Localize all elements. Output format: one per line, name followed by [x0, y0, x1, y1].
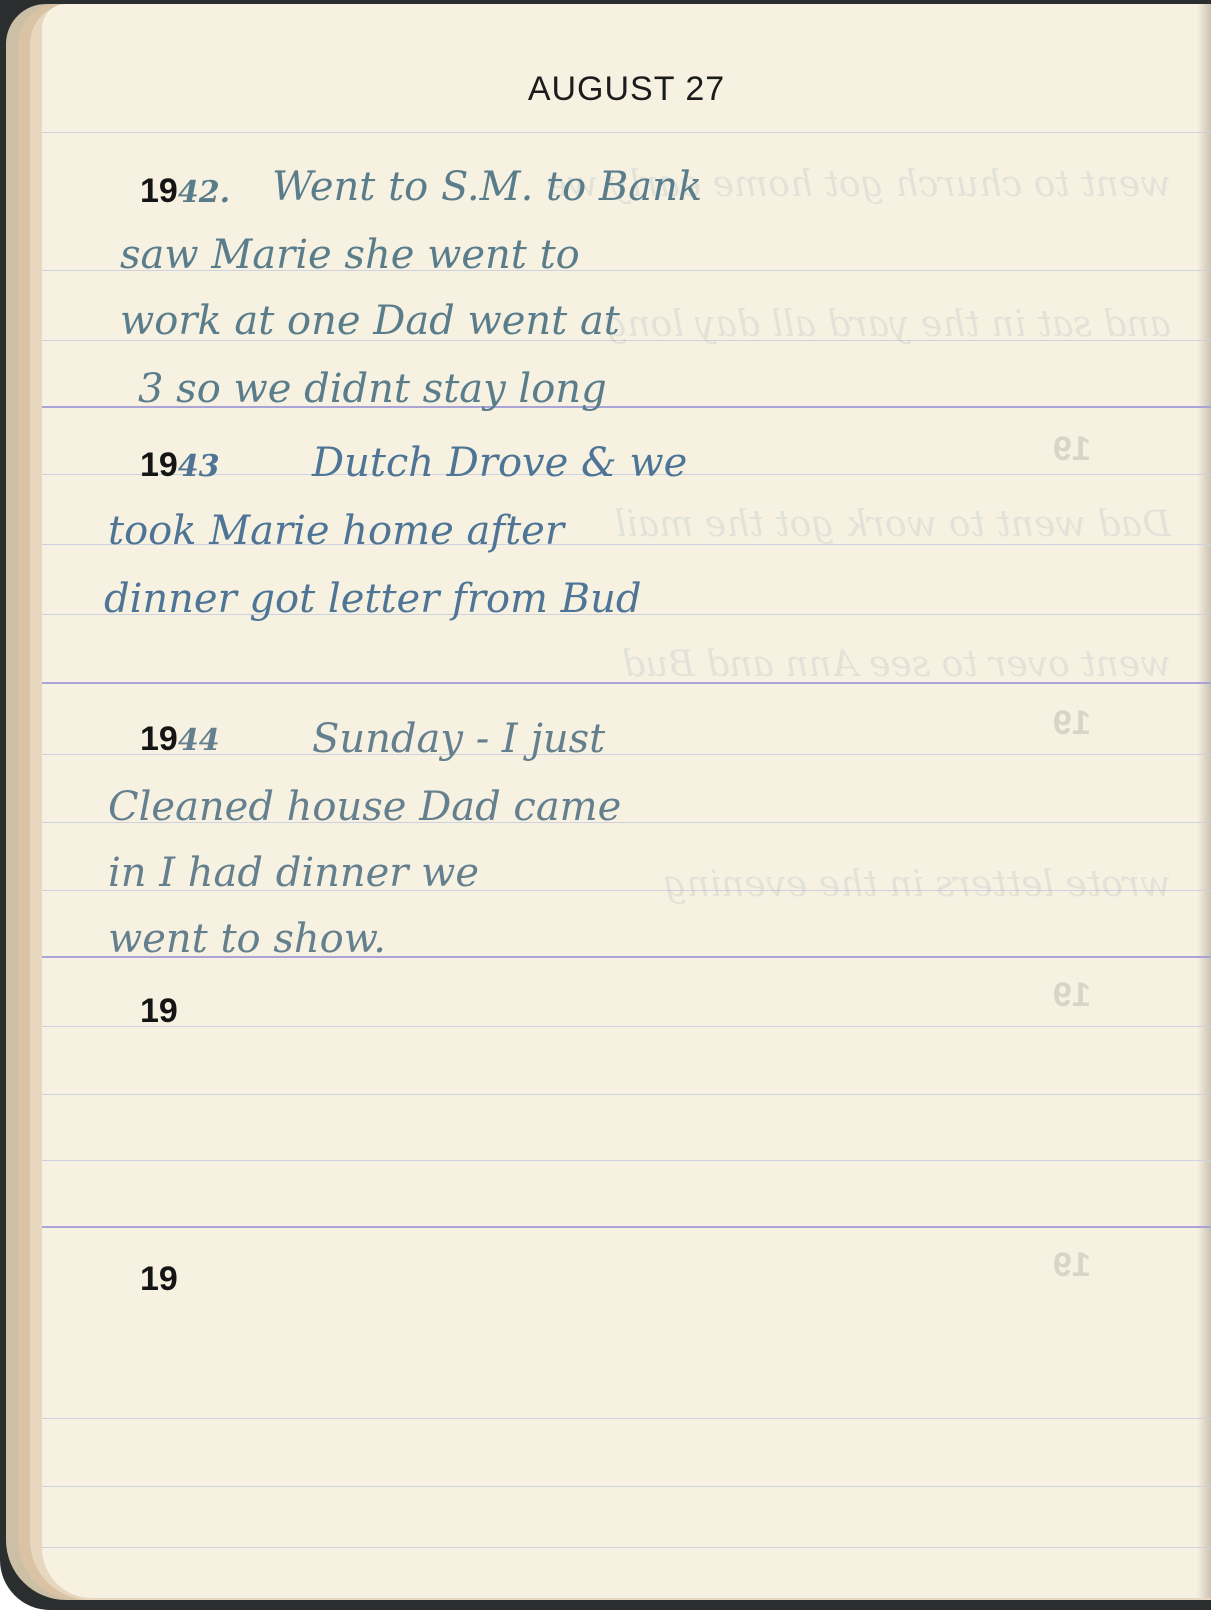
- show-through-year: 19: [1053, 1246, 1091, 1285]
- ruled-line: [42, 1486, 1211, 1487]
- spine-shadow: [1197, 4, 1211, 1598]
- year-suffix-handwritten: 42.: [178, 175, 230, 210]
- show-through-text: went over to see Ann and Bud: [112, 644, 1171, 685]
- entry-line: went to show.: [108, 916, 386, 962]
- diary-book: AUGUST 27 went to church got home early …: [0, 0, 1211, 1610]
- entry-line: Cleaned house Dad came: [108, 784, 621, 830]
- date-heading: AUGUST 27: [42, 70, 1211, 109]
- entry-line: took Marie home after: [108, 508, 564, 554]
- year-label: 19: [140, 992, 178, 1031]
- entry-line: Sunday - I just: [312, 716, 605, 762]
- ruled-line: [42, 1094, 1211, 1095]
- entry-line: Dutch Drove & we: [312, 440, 687, 486]
- ruled-line: [42, 1418, 1211, 1419]
- year-prefix: 19: [140, 720, 178, 758]
- entry-line: work at one Dad went at: [120, 298, 620, 344]
- entry-line: in I had dinner we: [108, 850, 479, 896]
- year-suffix-handwritten: 43: [178, 449, 220, 484]
- entry-line: Went to S.M. to Bank: [272, 164, 702, 210]
- ruled-line: [42, 132, 1211, 133]
- ruled-line: [42, 1026, 1211, 1027]
- diary-page: AUGUST 27 went to church got home early …: [42, 4, 1211, 1598]
- show-through-year: 19: [1053, 704, 1091, 743]
- show-through-year: 19: [1053, 976, 1091, 1015]
- ruled-line: [42, 1547, 1211, 1548]
- year-prefix: 19: [140, 446, 178, 484]
- show-through-year: 19: [1053, 430, 1091, 469]
- ruled-line: [42, 1160, 1211, 1161]
- year-label: 1942.: [140, 172, 230, 211]
- year-suffix-handwritten: 44: [178, 723, 220, 758]
- year-prefix: 19: [140, 172, 178, 210]
- entry-line: saw Marie she went to: [120, 232, 580, 278]
- year-label: 1944: [140, 720, 220, 759]
- year-label: 1943: [140, 446, 220, 485]
- entry-line: dinner got letter from Bud: [104, 576, 641, 622]
- entry-line: 3 so we didnt stay long: [138, 366, 607, 412]
- section-divider: [42, 1226, 1211, 1228]
- year-label: 19: [140, 1260, 178, 1299]
